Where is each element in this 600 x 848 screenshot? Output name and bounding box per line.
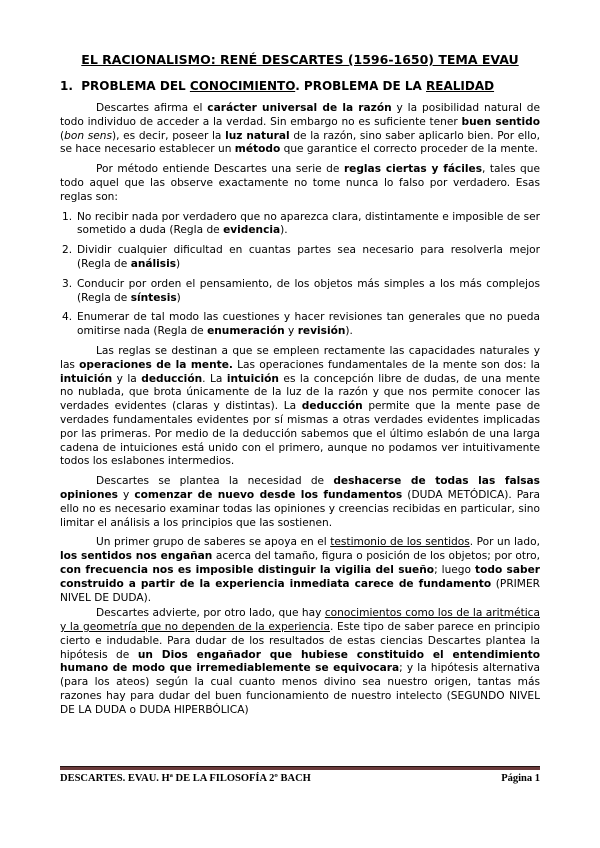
text-run: deducción — [141, 373, 202, 385]
text-run: y — [285, 325, 298, 337]
text-run: 1. PROBLEMA DEL — [60, 79, 190, 93]
text-run: carácter universal de la razón — [207, 102, 391, 114]
text-run: CONOCIMIENTO — [190, 79, 295, 93]
text-run: revisión — [298, 325, 346, 337]
text-run: con frecuencia nos es imposible distingu… — [60, 564, 434, 576]
rule-text: Conducir por orden el pensamiento, de lo… — [77, 278, 540, 304]
text-run: ). — [280, 224, 288, 236]
text-run: deducción — [302, 400, 363, 412]
text-run: enumeración — [207, 325, 285, 337]
text-run: ). — [345, 325, 353, 337]
rules-list: 1.No recibir nada por verdadero que no a… — [60, 211, 540, 339]
document-page: EL RACIONALISMO: RENÉ DESCARTES (1596-16… — [0, 0, 600, 848]
text-run: ) — [177, 292, 181, 304]
paragraph-methodic-doubt: Descartes se plantea la necesidad de des… — [60, 475, 540, 530]
paragraph-second-doubt-level: Descartes advierte, por otro lado, que h… — [60, 607, 540, 717]
text-run: que garantice el correcto proceder de la… — [280, 143, 538, 155]
paragraph-first-doubt-level: Un primer grupo de saberes se apoya en e… — [60, 536, 540, 605]
text-run: Las operaciones fundamentales de la ment… — [233, 359, 540, 371]
rule-text: No recibir nada por verdadero que no apa… — [77, 211, 540, 237]
rule-item-1: 1.No recibir nada por verdadero que no a… — [60, 211, 540, 239]
paragraph-intro-1: Descartes afirma el carácter universal d… — [60, 102, 540, 157]
rule-number: 4. — [62, 311, 72, 325]
text-run: reglas ciertas y fáciles — [344, 163, 482, 175]
text-run: y — [118, 489, 134, 501]
text-run: ) — [176, 258, 180, 270]
text-run: Por método entiende Descartes una serie … — [96, 163, 344, 175]
footer-page-number: Página 1 — [501, 773, 540, 784]
rule-item-3: 3.Conducir por orden el pensamiento, de … — [60, 278, 540, 306]
rule-item-4: 4.Enumerar de tal modo las cuestiones y … — [60, 311, 540, 339]
text-run: EL RACIONALISMO: RENÉ DESCARTES (1596-16… — [81, 52, 518, 67]
text-run: síntesis — [131, 292, 177, 304]
text-run: . Por un lado, — [470, 536, 540, 548]
rule-number: 3. — [62, 278, 72, 292]
document-title: EL RACIONALISMO: RENÉ DESCARTES (1596-16… — [60, 52, 540, 68]
text-run: ; luego — [434, 564, 475, 576]
text-run: acerca del tamaño, figura o posición de … — [212, 550, 540, 562]
text-run: los sentidos nos engañan — [60, 550, 212, 562]
text-run: REALIDAD — [426, 79, 494, 93]
section-heading: 1. PROBLEMA DEL CONOCIMIENTO. PROBLEMA D… — [60, 79, 540, 94]
text-run: No recibir nada por verdadero que no apa… — [77, 211, 540, 237]
text-run: Un primer grupo de saberes se apoya en e… — [96, 536, 330, 548]
paragraph-intro-2: Por método entiende Descartes una serie … — [60, 163, 540, 204]
text-run: luz natural — [225, 130, 290, 142]
rule-item-2: 2.Dividir cualquier dificultad en cuanta… — [60, 244, 540, 272]
text-run: evidencia — [223, 224, 280, 236]
text-run: método — [235, 143, 280, 155]
text-run: análisis — [131, 258, 176, 270]
rule-number: 2. — [62, 244, 72, 258]
text-run: comenzar de nuevo desde los fundamentos — [134, 489, 402, 501]
text-run: buen sentido — [461, 116, 540, 128]
text-run: y la — [112, 373, 141, 385]
text-run: Descartes se plantea la necesidad de — [96, 475, 333, 487]
text-run: Descartes afirma el — [96, 102, 207, 114]
rule-number: 1. — [62, 211, 72, 225]
text-run: intuición — [60, 373, 112, 385]
footer-document-label: DESCARTES. EVAU. Hª DE LA FILOSOFÍA 2º B… — [60, 773, 311, 784]
page-footer: DESCARTES. EVAU. Hª DE LA FILOSOFÍA 2º B… — [60, 766, 540, 784]
text-run: intuición — [227, 373, 279, 385]
rule-text: Dividir cualquier dificultad en cuantas … — [77, 244, 540, 270]
rule-text: Enumerar de tal modo las cuestiones y ha… — [77, 311, 540, 337]
text-run: testimonio de los sentidos — [330, 536, 470, 548]
text-run: Descartes advierte, por otro lado, que h… — [96, 607, 325, 619]
paragraph-operations: Las reglas se destinan a que se empleen … — [60, 345, 540, 469]
text-run: . PROBLEMA DE LA — [295, 79, 426, 93]
text-run: bon sens — [64, 130, 112, 142]
text-run: operaciones de la mente. — [79, 359, 233, 371]
text-run: ), es decir, poseer la — [112, 130, 225, 142]
text-run: . La — [202, 373, 227, 385]
